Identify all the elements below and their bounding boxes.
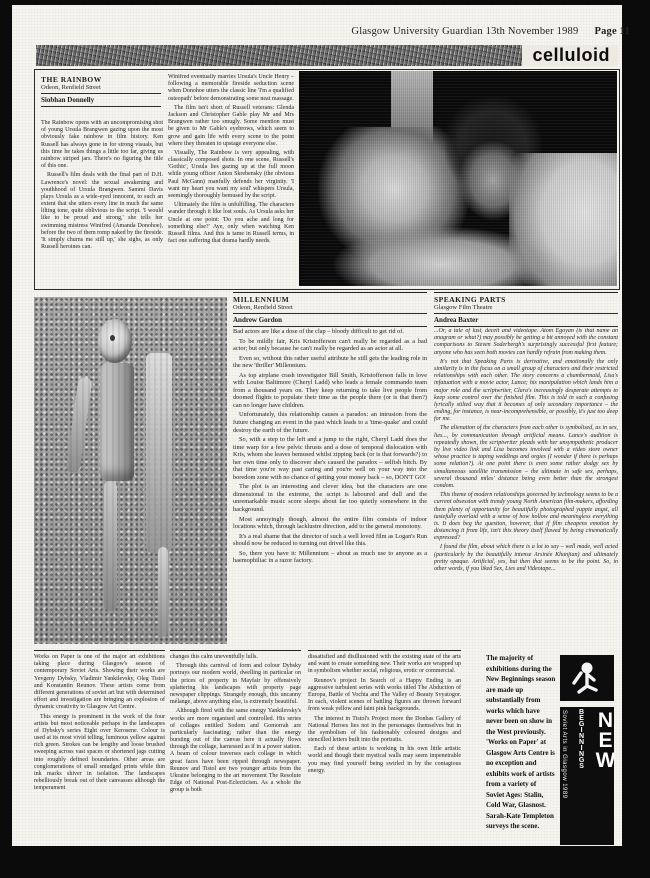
speaking-parts-byline: Andrea Baxter: [434, 316, 618, 324]
article-paragraph: The Rainbow opens with an uncompromising…: [41, 120, 163, 170]
article-paragraph: Most annoyingly though, almost the entir…: [233, 516, 427, 531]
millennium-byline: Andrew Gordon: [233, 316, 427, 324]
robot-eye: [110, 335, 115, 341]
works-on-paper-column-3: dissatisfied and disillusioned with the …: [308, 650, 461, 846]
article-paragraph: So, there you have it: Millennium – abou…: [233, 550, 427, 565]
rainbow-venue: Odeon, Renfield Street: [41, 84, 161, 91]
article-paragraph: Although fired with the same energy Yank…: [170, 708, 301, 794]
article-paragraph: Visually, The Rainbow is very appealing,…: [168, 150, 294, 200]
rainbow-header: THE RAINBOW Odeon, Renfield Street Siobh…: [41, 74, 161, 108]
photo-man-hair: [445, 97, 540, 194]
banner-new-text: NEW: [595, 707, 614, 845]
article-paragraph: Each of these artists is working in his …: [308, 746, 461, 775]
section-title: celluloid: [522, 45, 618, 66]
celluloid-section-banner: celluloid: [36, 45, 618, 66]
rule: [233, 292, 427, 293]
photo-woman-face: [318, 127, 471, 265]
speaking-parts-title: SPEAKING PARTS: [434, 295, 618, 304]
rainbow-column-1: The Rainbow opens with an uncompromising…: [41, 120, 163, 283]
article-paragraph: Even so, without this rather useful attr…: [233, 355, 427, 370]
works-on-paper-column-1: Works on Paper is one of the major art e…: [34, 650, 165, 846]
article-paragraph: As top airplane crash investigator Bill …: [233, 372, 427, 410]
robot-leg: [158, 547, 168, 637]
banner-beginnings-text: BEGINNINGS: [577, 707, 586, 845]
article-paragraph: Russell's film deals with the final part…: [41, 172, 163, 251]
article-paragraph: To be mildly fair, Kris Kristofferson ca…: [233, 338, 427, 353]
millennium-venue: Odeon, Renfield Street: [233, 304, 427, 311]
article-paragraph: Through this carnival of form and colour…: [170, 663, 301, 706]
rule: [233, 313, 427, 314]
millennium-title: MILLENNIUM: [233, 295, 427, 304]
article-paragraph: The plot is an interesting and clever id…: [233, 483, 427, 513]
article-paragraph: Winifred eventually marries Ursula's Unc…: [168, 74, 294, 103]
millennium-review: MILLENNIUM Odeon, Renfield Street Andrew…: [233, 292, 427, 632]
article-paragraph: ...Or, a tale of lust, deceit and videot…: [434, 328, 618, 357]
page-number: Page 11: [594, 26, 630, 37]
cosmonaut-figure-graphic: [560, 655, 614, 701]
robot-android-photo: [34, 297, 227, 644]
newspaper-scan: Glasgow University Guardian 13th Novembe…: [0, 0, 650, 878]
article-paragraph: The alienation of the characters from ea…: [434, 425, 618, 490]
article-paragraph: This energy is prominent in the work of …: [34, 714, 165, 793]
speaking-parts-review: SPEAKING PARTS Glasgow Film Theatre Andr…: [434, 292, 618, 634]
rule: [434, 326, 618, 327]
rule: [434, 292, 618, 293]
works-on-paper-column-2: changes this calm uneventfully lulls. Th…: [170, 650, 301, 846]
article-paragraph: I found the film, about which there is a…: [434, 544, 618, 573]
article-paragraph: This theme of modern relationships gover…: [434, 492, 618, 542]
rainbow-review-box: THE RAINBOW Odeon, Renfield Street Siobh…: [34, 69, 620, 290]
rule: [41, 93, 161, 94]
masthead: Glasgow University Guardian 13th Novembe…: [242, 26, 630, 37]
article-paragraph: Works on Paper is one of the major art e…: [34, 654, 165, 712]
robot-arm: [65, 376, 92, 473]
article-paragraph: It's a real shame that the director of s…: [233, 533, 427, 548]
photo-man-face: [458, 140, 528, 222]
new-beginnings-banner: Soviet Arts in Glasgow 1989 BEGINNINGS N…: [560, 707, 614, 845]
newspaper-page: Glasgow University Guardian 13th Novembe…: [12, 5, 622, 846]
article-paragraph: Bad actors are like a dose of the clap –…: [233, 328, 427, 336]
article-paragraph: changes this calm uneventfully lulls.: [170, 654, 301, 661]
rule: [41, 106, 161, 107]
robot-torso: [100, 363, 134, 481]
cosmonaut-icon: [565, 659, 609, 697]
speaking-parts-body: ...Or, a tale of lust, deceit and videot…: [434, 328, 618, 634]
photo-highlight: [391, 71, 432, 204]
rule: [233, 326, 427, 327]
banner-vertical-caption: Soviet Arts in Glasgow 1989: [560, 707, 568, 845]
article-paragraph: Reunov's project In Search of a Happy En…: [308, 678, 461, 714]
article-paragraph: Unfortunately, this relationship causes …: [233, 411, 427, 434]
photo-arm: [331, 226, 554, 286]
article-paragraph: The film isn't short of Russell veterans…: [168, 105, 294, 148]
robot-head: [98, 319, 132, 363]
rainbow-column-2: Winifred eventually marries Ursula's Unc…: [168, 74, 294, 283]
photo-shirt: [509, 153, 617, 286]
rainbow-byline: Siobhan Donnelly: [41, 96, 161, 104]
film-still-photo: [299, 71, 617, 286]
robot-leg: [104, 481, 117, 611]
article-paragraph: The interest in Tistol's Project more th…: [308, 716, 461, 745]
article-paragraph: It's not that Speaking Parts is derivati…: [434, 359, 618, 424]
soviet-arts-standfirst: The majority of exhibitions during the N…: [486, 653, 556, 845]
article-paragraph: So, with a step to the left and a jump t…: [233, 436, 427, 481]
robot-armature: [146, 353, 172, 553]
article-paragraph: Ultimately the film is unfulfilling. The…: [168, 202, 294, 245]
rainbow-title: THE RAINBOW: [41, 75, 161, 84]
speaking-parts-venue: Glasgow Film Theatre: [434, 304, 618, 311]
article-paragraph: dissatisfied and disillusioned with the …: [308, 654, 461, 676]
millennium-body: Bad actors are like a dose of the clap –…: [233, 328, 427, 632]
rule: [434, 313, 618, 314]
masthead-title: Glasgow University Guardian 13th Novembe…: [351, 26, 578, 37]
